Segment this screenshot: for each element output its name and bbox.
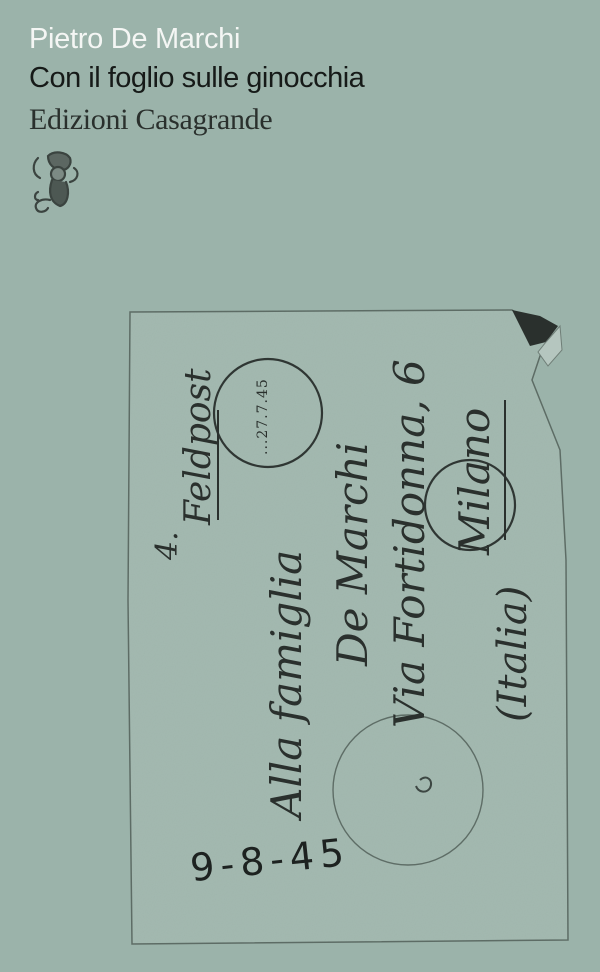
address-line-2: De Marchi	[328, 442, 377, 666]
envelope-feldpost-label: Feldpost	[178, 368, 219, 525]
book-cover: Pietro De Marchi Con il foglio sulle gin…	[0, 0, 600, 972]
address-line-3: Via Fortidonna, 6	[385, 359, 434, 728]
address-line-4: Milano	[450, 408, 499, 555]
postmark-upper-text: ...27.7.45	[255, 378, 271, 455]
envelope-image	[0, 0, 600, 972]
address-line-1: Alla famiglia	[262, 550, 311, 818]
envelope-feldpost-prefix: 4.	[150, 531, 185, 560]
address-line-5: (Italia)	[490, 586, 536, 722]
